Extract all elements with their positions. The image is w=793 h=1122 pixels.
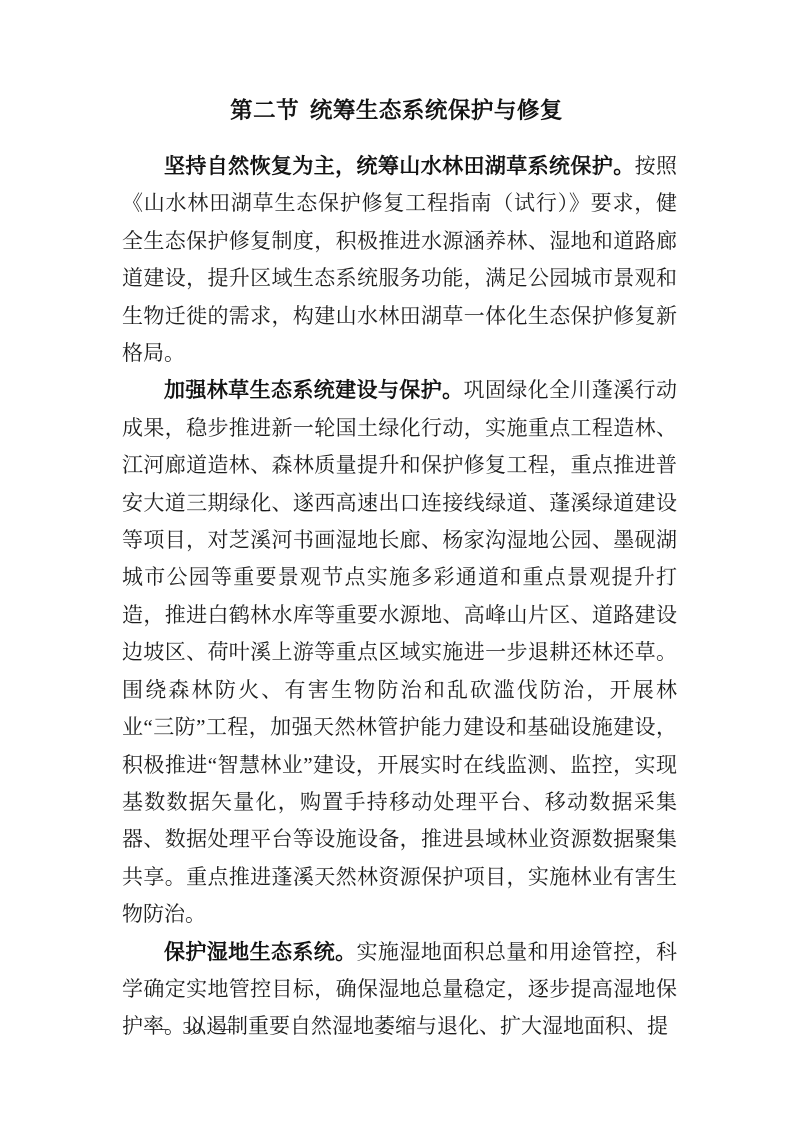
document-body: 坚持自然恢复为主，统筹山水林田湖草系统保护。按照《山水林田湖草生态保护修复工程指… xyxy=(122,148,677,1046)
paragraph-lead: 保护湿地生态系统。 xyxy=(164,941,357,964)
paragraph: 坚持自然恢复为主，统筹山水林田湖草系统保护。按照《山水林田湖草生态保护修复工程指… xyxy=(122,148,677,372)
paragraph-text: 巩固绿化全川蓬溪行动成果，稳步推进新一轮国土绿化行动，实施重点工程造林、江河廊道… xyxy=(122,378,677,926)
paragraph-lead: 坚持自然恢复为主，统筹山水林田湖草系统保护。 xyxy=(164,155,635,178)
section-title: 第二节 统筹生态系统保护与修复 xyxy=(0,93,793,125)
paragraph-text: 按照《山水林田湖草生态保护修复工程指南（试行）》要求，健全生态保护修复制度，积极… xyxy=(122,154,677,365)
page-number: — 30 — xyxy=(150,1018,235,1039)
paragraph: 加强林草生态系统建设与保护。巩固绿化全川蓬溪行动成果，稳步推进新一轮国土绿化行动… xyxy=(122,372,677,933)
document-page: 第二节 统筹生态系统保护与修复 坚持自然恢复为主，统筹山水林田湖草系统保护。按照… xyxy=(0,0,793,1122)
paragraph-lead: 加强林草生态系统建设与保护。 xyxy=(164,379,463,402)
